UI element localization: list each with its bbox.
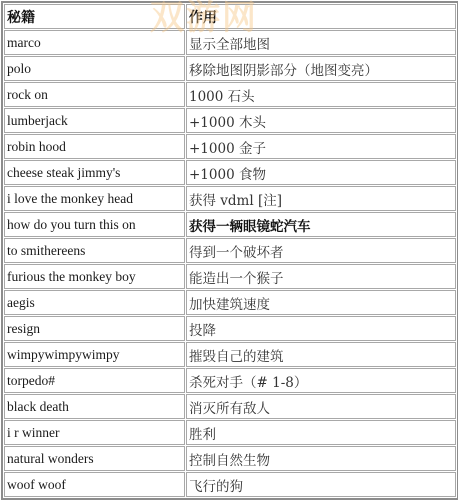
header-effect: 作用 — [186, 4, 456, 29]
effect-cell: 投降 — [186, 316, 456, 341]
table-row: polo移除地图阴影部分（地图变亮） — [4, 56, 456, 81]
cheat-code-cell: polo — [4, 56, 185, 81]
table-header-row: 秘籍 作用 — [4, 4, 456, 29]
effect-cell: 1000 石头 — [186, 82, 456, 107]
table-row: rock on1000 石头 — [4, 82, 456, 107]
cheat-code-cell: natural wonders — [4, 446, 185, 471]
cheat-code-cell: furious the monkey boy — [4, 264, 185, 289]
cheat-code-cell: i r winner — [4, 420, 185, 445]
table-row: woof woof飞行的狗 — [4, 472, 456, 497]
cheat-code-cell: torpedo# — [4, 368, 185, 393]
effect-cell: 胜利 — [186, 420, 456, 445]
cheat-code-cell: aegis — [4, 290, 185, 315]
table-row: cheese steak jimmy's+1000 食物 — [4, 160, 456, 185]
effect-cell: 显示全部地图 — [186, 30, 456, 55]
table-row: i love the monkey head获得 vdml [注] — [4, 186, 456, 211]
effect-cell: 得到一个破坏者 — [186, 238, 456, 263]
effect-cell: 消灭所有敌人 — [186, 394, 456, 419]
effect-cell: 移除地图阴影部分（地图变亮） — [186, 56, 456, 81]
cheat-code-cell: rock on — [4, 82, 185, 107]
cheat-code-cell: to smithereens — [4, 238, 185, 263]
effect-cell-bold: 获得一辆眼镜蛇汽车 — [186, 212, 456, 237]
table-row: natural wonders控制自然生物 — [4, 446, 456, 471]
header-cheat-code: 秘籍 — [4, 4, 185, 29]
table-row: black death消灭所有敌人 — [4, 394, 456, 419]
table-row: to smithereens得到一个破坏者 — [4, 238, 456, 263]
effect-cell: +1000 食物 — [186, 160, 456, 185]
cheat-code-table: 秘籍 作用 marco显示全部地图 polo移除地图阴影部分（地图变亮） roc… — [1, 1, 458, 500]
table-row: marco显示全部地图 — [4, 30, 456, 55]
effect-cell: 加快建筑速度 — [186, 290, 456, 315]
cheat-code-cell: how do you turn this on — [4, 212, 185, 237]
effect-cell: 能造出一个猴子 — [186, 264, 456, 289]
table-row: how do you turn this on获得一辆眼镜蛇汽车 — [4, 212, 456, 237]
table-row: furious the monkey boy能造出一个猴子 — [4, 264, 456, 289]
table-row: aegis加快建筑速度 — [4, 290, 456, 315]
effect-cell: 获得 vdml [注] — [186, 186, 456, 211]
table-row: torpedo#杀死对手（# 1-8） — [4, 368, 456, 393]
effect-cell: 飞行的狗 — [186, 472, 456, 497]
cheat-code-cell: marco — [4, 30, 185, 55]
effect-cell: +1000 金子 — [186, 134, 456, 159]
cheat-code-cell: woof woof — [4, 472, 185, 497]
effect-cell: 杀死对手（# 1-8） — [186, 368, 456, 393]
cheat-code-cell: lumberjack — [4, 108, 185, 133]
effect-cell: +1000 木头 — [186, 108, 456, 133]
cheat-code-cell: black death — [4, 394, 185, 419]
cheat-code-cell: i love the monkey head — [4, 186, 185, 211]
table-row: lumberjack+1000 木头 — [4, 108, 456, 133]
cheat-code-cell: wimpywimpywimpy — [4, 342, 185, 367]
table-row: wimpywimpywimpy摧毁自己的建筑 — [4, 342, 456, 367]
table-row: resign投降 — [4, 316, 456, 341]
table-row: robin hood+1000 金子 — [4, 134, 456, 159]
cheat-code-cell: robin hood — [4, 134, 185, 159]
table-row: i r winner胜利 — [4, 420, 456, 445]
cheat-code-cell: resign — [4, 316, 185, 341]
effect-cell: 摧毁自己的建筑 — [186, 342, 456, 367]
cheat-code-cell: cheese steak jimmy's — [4, 160, 185, 185]
effect-cell: 控制自然生物 — [186, 446, 456, 471]
